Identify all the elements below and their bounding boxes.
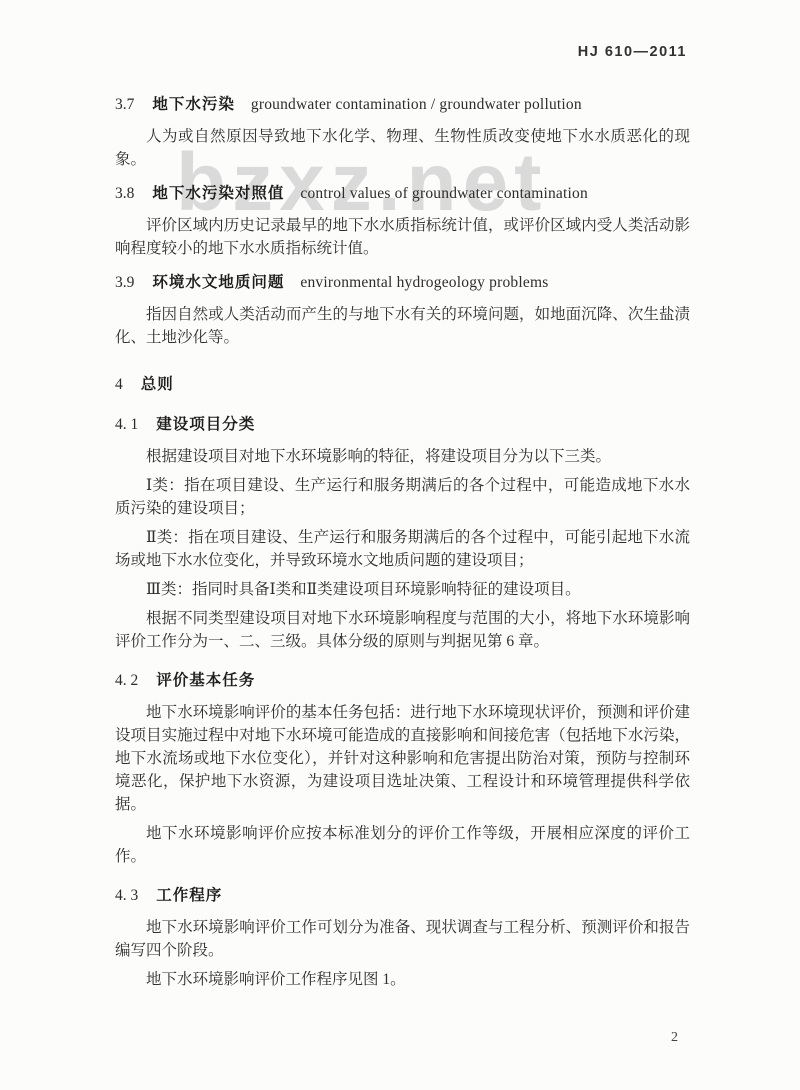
chapter-title: 总则 [141, 376, 174, 393]
section-4-1-heading: 4. 1建设项目分类 [115, 413, 690, 437]
section-4-3-stages-paragraph: 地下水环境影响评价工作可划分为准备、现状调查与工程分析、预测评价和报告编写四个阶… [115, 916, 690, 962]
section-term-en: environmental hydrogeology problems [300, 274, 548, 291]
section-4-1-grading-paragraph: 根据不同类型建设项目对地下水环境影响程度与范围的大小，将地下水环境影响评价工作分… [115, 607, 690, 653]
section-number: 4. 3 [115, 884, 138, 908]
section-4-2-level-paragraph: 地下水环境影响评价应按本标准划分的评价工作等级，开展相应深度的评价工作。 [115, 822, 690, 868]
document-page: HJ 610—2011 bzxz.net 3.7地下水污染groundwater… [0, 0, 800, 1090]
chapter-4-heading: 4总则 [115, 373, 690, 397]
section-3-7-paragraph: 人为或自然原因导致地下水化学、物理、生物性质改变使地下水水质恶化的现象。 [115, 125, 690, 171]
section-term-en: control values of groundwater contaminat… [300, 185, 588, 202]
section-3-7-heading: 3.7地下水污染groundwater contamination / grou… [115, 93, 690, 117]
section-number: 4. 1 [115, 413, 138, 437]
section-number: 3.7 [115, 93, 134, 117]
section-title: 建设项目分类 [156, 416, 255, 433]
section-term-zh: 地下水污染对照值 [152, 185, 284, 202]
section-4-3-heading: 4. 3工作程序 [115, 884, 690, 908]
section-number: 4. 2 [115, 669, 138, 693]
section-4-1-paragraph: 根据建设项目对地下水环境影响的特征，将建设项目分为以下三类。 [115, 445, 690, 468]
section-4-3-figure-ref-paragraph: 地下水环境影响评价工作程序见图 1。 [115, 968, 690, 991]
section-title: 工作程序 [156, 887, 222, 904]
document-content: 3.7地下水污染groundwater contamination / grou… [0, 0, 800, 991]
section-title: 评价基本任务 [156, 672, 255, 689]
section-4-1-class3-paragraph: Ⅲ类：指同时具备Ⅰ类和Ⅱ类建设项目环境影响特征的建设项目。 [115, 578, 690, 601]
section-3-8-paragraph: 评价区域内历史记录最早的地下水水质指标统计值，或评价区域内受人类活动影响程度较小… [115, 214, 690, 260]
section-4-2-tasks-paragraph: 地下水环境影响评价的基本任务包括：进行地下水环境现状评价，预测和评价建设项目实施… [115, 701, 690, 816]
section-3-9-paragraph: 指因自然或人类活动而产生的与地下水有关的环境问题，如地面沉降、次生盐渍化、土地沙… [115, 303, 690, 349]
page-number: 2 [671, 1030, 678, 1046]
section-4-1-class1-paragraph: Ⅰ类：指在项目建设、生产运行和服务期满后的各个过程中，可能造成地下水水质污染的建… [115, 474, 690, 520]
section-term-zh: 环境水文地质问题 [152, 274, 284, 291]
section-number: 3.9 [115, 271, 134, 295]
section-number: 3.8 [115, 182, 134, 206]
section-4-2-heading: 4. 2评价基本任务 [115, 669, 690, 693]
section-3-8-heading: 3.8地下水污染对照值control values of groundwater… [115, 182, 690, 206]
chapter-number: 4 [115, 373, 123, 397]
section-3-9-heading: 3.9环境水文地质问题environmental hydrogeology pr… [115, 271, 690, 295]
section-term-en: groundwater contamination / groundwater … [251, 96, 582, 113]
section-term-zh: 地下水污染 [152, 96, 235, 113]
section-4-1-class2-paragraph: Ⅱ类：指在项目建设、生产运行和服务期满后的各个过程中，可能引起地下水流场或地下水… [115, 526, 690, 572]
